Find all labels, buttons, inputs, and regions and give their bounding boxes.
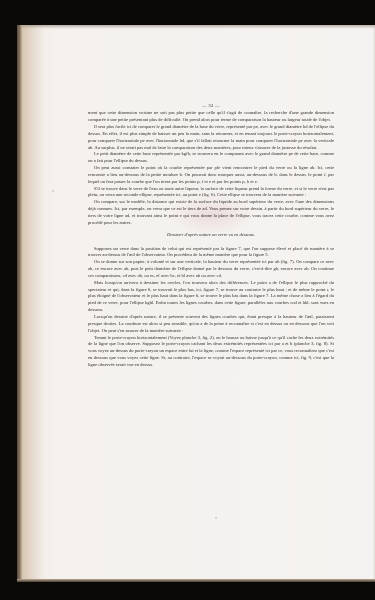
paragraph: S'il se trouve dans le verre de l'eau ou… (88, 186, 334, 200)
paragraph: Lorsqu'on dessine d'après nature, il se … (88, 314, 334, 335)
paper-speck (215, 517, 217, 519)
paragraph: On se donne sur son papier, à volonté et… (88, 259, 334, 280)
paper-speck (52, 190, 54, 192)
paragraph: On peut aussi constater le point où la c… (88, 165, 334, 186)
paragraph: ment que cette dimension voisine ne soit… (88, 110, 334, 124)
gutter-shadow (22, 25, 44, 582)
paragraph: Supposez un verre dans la position de ce… (88, 246, 334, 260)
paragraph: Tenant le porte-crayon horizontalement (… (88, 335, 334, 369)
paragraph: On compare, sur le modèle, la distance q… (88, 199, 334, 226)
paragraph: Le petit diamètre de cette base représen… (88, 151, 334, 165)
paragraph: Il sera plus facile ici de comparer le g… (88, 124, 334, 151)
section-heading: Dessiner d'après nature un verre vu en d… (88, 232, 334, 239)
text-block: — 32 — ment que cette dimension voisine … (88, 103, 334, 369)
paragraph: Mais lorsqu'on arrivera à dessiner les c… (88, 280, 334, 314)
page-number: — 32 — (88, 103, 334, 110)
page-bottom-edge (17, 579, 375, 582)
